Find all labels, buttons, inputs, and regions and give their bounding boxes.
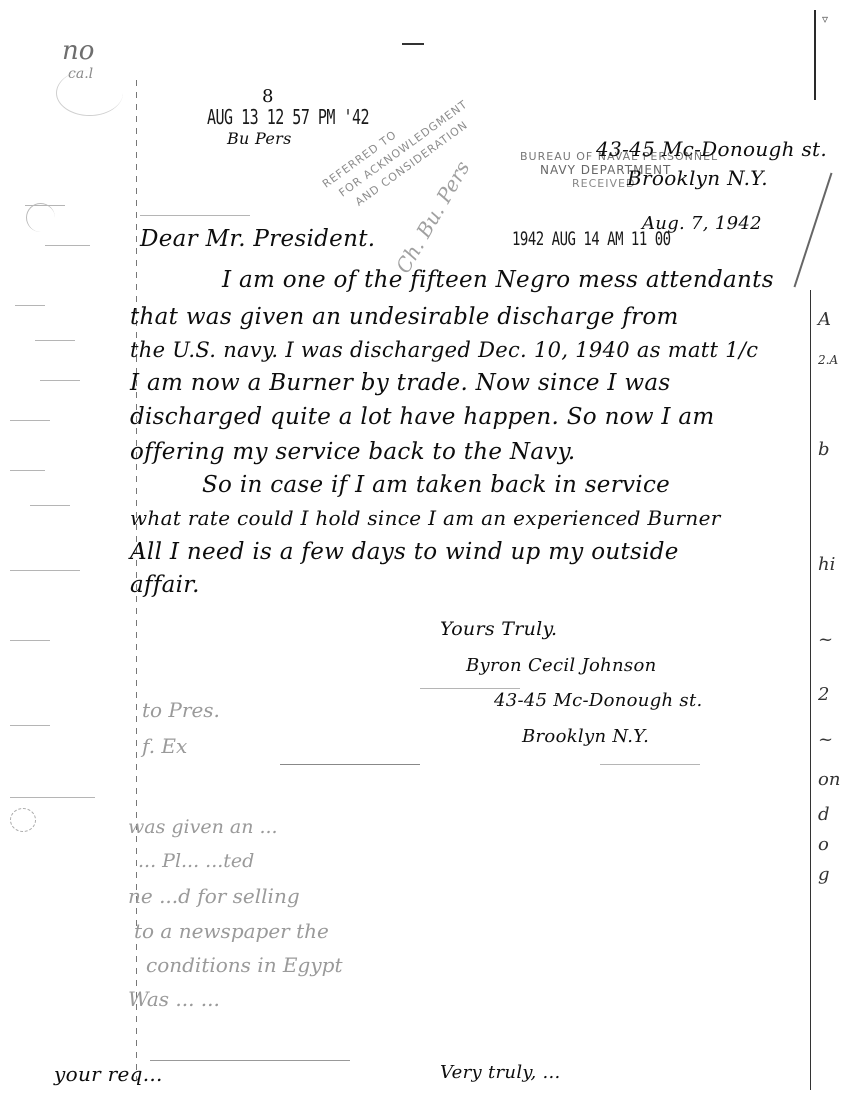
margin-mark-11: g — [818, 860, 848, 890]
annotation-line-1: no — [62, 36, 94, 66]
body-line-9: All I need is a few days to wind up my o… — [130, 537, 679, 567]
valediction: Yours Truly. — [440, 618, 557, 640]
letter-date: Aug. 7, 1942 — [642, 213, 762, 234]
faint-note-3: ne ...d for selling — [128, 878, 342, 914]
routing-note-line-1: to Pres. — [142, 698, 220, 722]
margin-mark-10: o — [818, 830, 848, 860]
body-line-2: that was given an undesirable discharge … — [130, 302, 679, 332]
left-faint-dash — [15, 305, 45, 306]
faint-rule — [280, 764, 420, 765]
margin-arc-mark — [56, 70, 123, 116]
left-faint-dash — [10, 420, 50, 421]
bottom-note-right: Very truly, ... — [440, 1062, 561, 1083]
routing-note-line-2: f. Ex — [142, 734, 187, 758]
margin-mark-5: ~ — [818, 610, 848, 670]
margin-mark-9: d — [818, 800, 848, 830]
top-dash — [402, 43, 424, 45]
bottom-rule — [150, 1060, 350, 1061]
left-faint-dash — [35, 340, 75, 341]
body-line-5: discharged quite a lot have happen. So n… — [130, 402, 715, 432]
left-punch-hole-mark — [10, 808, 36, 832]
body-line-6: offering my service back to the Navy. — [130, 437, 575, 467]
stamp-datetime: AUG 13 12 57 PM '42 — [207, 105, 369, 129]
faint-note-6: Was ... ... — [128, 982, 342, 1016]
body-line-4: I am now a Burner by trade. Now since I … — [130, 368, 671, 398]
margin-mark-4: hi — [818, 520, 848, 610]
right-margin-corner-mark: ▿ — [822, 12, 828, 26]
margin-mark-8: on — [818, 760, 848, 800]
right-margin-rule-top — [814, 10, 816, 100]
faint-note-1: was given an ... — [128, 810, 342, 844]
salutation: Dear Mr. President. — [140, 226, 375, 252]
body-line-10: affair. — [130, 570, 200, 600]
left-faint-dash — [10, 640, 50, 641]
left-faint-dash — [45, 245, 90, 246]
body-line-7: So in case if I am taken back in service — [202, 470, 670, 500]
right-margin-marks: A 2.A b hi ~ 2 ~ on d o g — [818, 300, 848, 890]
margin-mark-1: A — [818, 300, 848, 340]
faint-note-5: conditions in Egypt — [146, 948, 342, 982]
left-faint-dash — [10, 725, 50, 726]
left-faint-dash — [10, 797, 95, 798]
margin-mark-6: 2 — [818, 670, 848, 720]
left-faint-dash — [10, 570, 80, 571]
sender-street: 43-45 Mc-Donough st. — [596, 137, 827, 161]
signature: Byron Cecil Johnson — [466, 655, 657, 676]
left-faint-dash — [40, 380, 80, 381]
stamp-initials: Bu Pers — [227, 129, 369, 148]
bottom-note-left: your req... — [54, 1062, 163, 1086]
left-faint-dash — [30, 505, 70, 506]
body-line-3: the U.S. navy. I was discharged Dec. 10,… — [130, 335, 758, 365]
faint-rule — [420, 688, 520, 689]
right-margin-rule — [810, 290, 811, 1090]
sender-city: Brooklyn N.Y. — [627, 166, 768, 190]
margin-mark-3: b — [818, 380, 848, 520]
received-stamp-1: 8 AUG 13 12 57 PM '42 Bu Pers — [207, 86, 369, 148]
faint-note-2: ... Pl... ...ted — [138, 844, 342, 878]
right-margin-diagonal-stroke — [794, 173, 833, 288]
faint-rule — [600, 764, 700, 765]
body-line-8: what rate could I hold since I am an exp… — [130, 503, 721, 533]
stamp-number: 8 — [262, 86, 369, 107]
faint-note-4: to a newspaper the — [134, 914, 342, 948]
faint-rule — [140, 215, 250, 216]
body-line-1: I am one of the fifteen Negro mess atten… — [222, 265, 774, 295]
left-faint-dash — [10, 470, 45, 471]
margin-mark-7: ~ — [818, 720, 848, 760]
margin-mark-2: 2.A — [818, 340, 848, 380]
left-arc-mark — [26, 203, 55, 232]
closing-city: Brooklyn N.Y. — [522, 726, 649, 747]
faint-notes-block: was given an ... ... Pl... ...ted ne ...… — [128, 810, 342, 1016]
closing-street: 43-45 Mc-Donough st. — [494, 690, 703, 711]
